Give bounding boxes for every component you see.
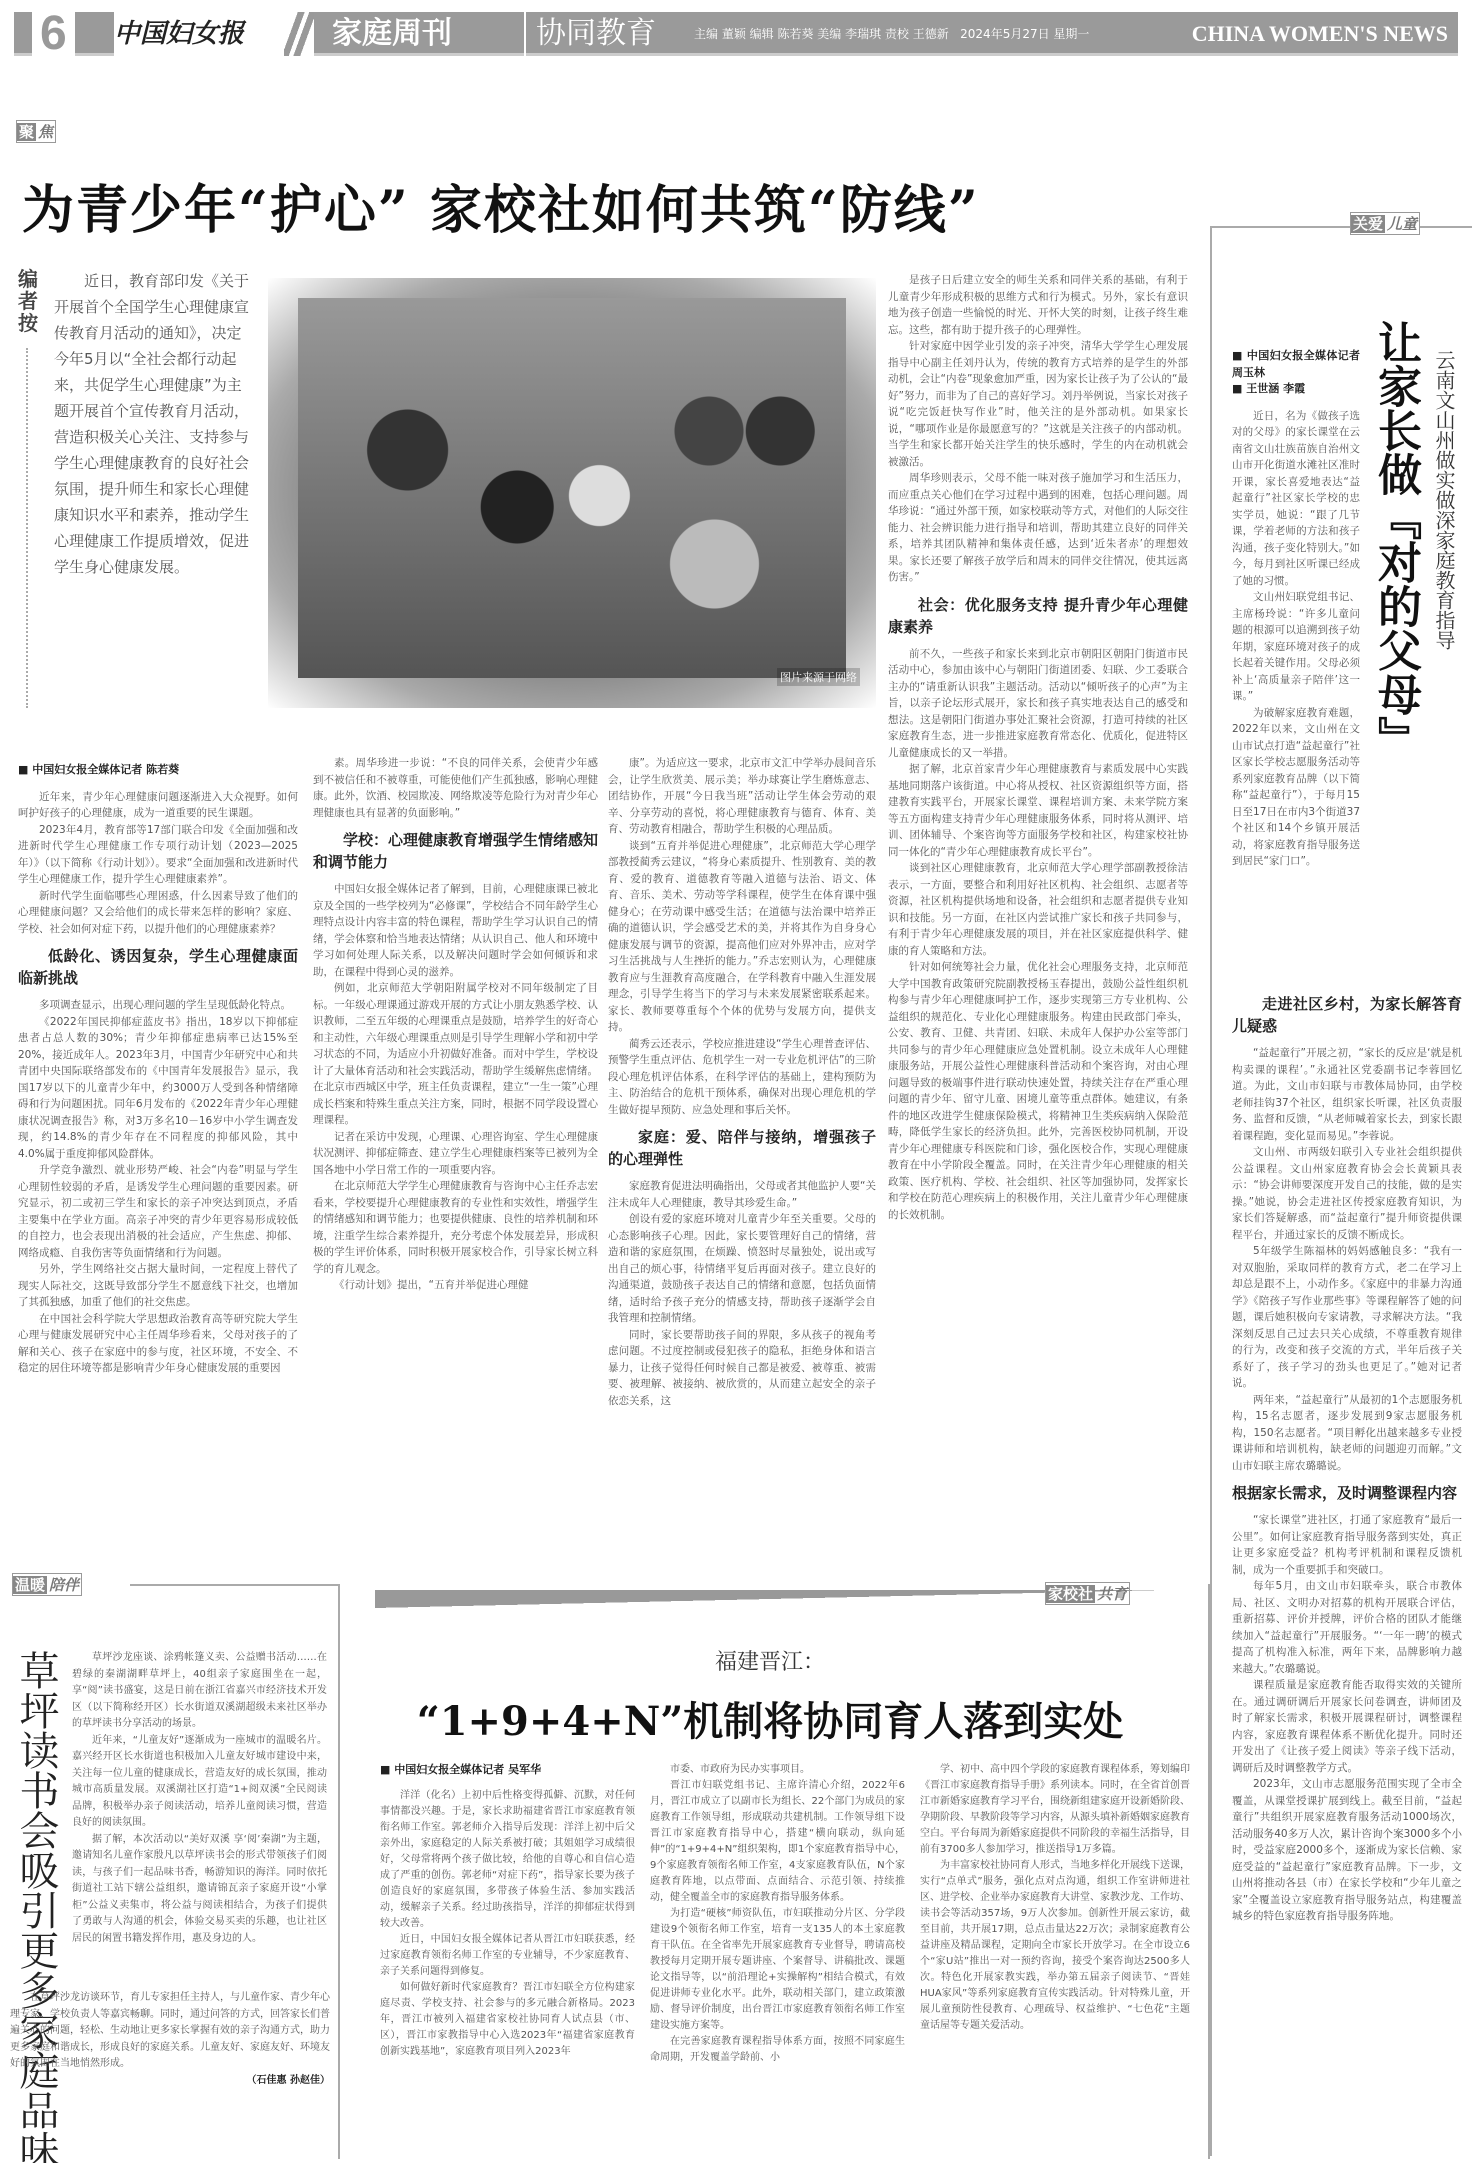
section-divider bbox=[130, 1584, 340, 1586]
paragraph: 家庭教育促进法明确指出，父母或者其他监护人要“关注未成年人心理健康，教导其珍爱生… bbox=[608, 1178, 876, 1211]
paragraph: 据了解，北京首家青少年心理健康教育与素质发展中心实践基地同期落户该街道。中心将从… bbox=[888, 761, 1188, 860]
bottom-main-column-1: 中国妇女报全媒体记者 吴军华 洋洋（化名）上初中后性格变得孤僻、沉默，对任何事情… bbox=[380, 1762, 635, 2162]
subheading-community: 走进社区乡村，为家长解答育儿疑惑 bbox=[1232, 993, 1462, 1037]
subheading-school: 学校：心理健康教育增强学生情绪感知和调节能力 bbox=[313, 829, 598, 873]
main-column-2: 素。周华珍进一步说：“不良的同伴关系，会使青少年感到不被信任和不被尊重，可能使他… bbox=[313, 755, 598, 1580]
english-paper-name: CHINA WOMEN'S NEWS bbox=[1192, 12, 1448, 56]
paragraph: 近日，名为《做孩子选对的父母》的家长课堂在云南省文山壮族苗族自治州文山市开化街道… bbox=[1232, 408, 1360, 590]
subheading-challenge: 低龄化、诱因复杂，学生心理健康面临新挑战 bbox=[18, 945, 298, 989]
staff-credits: 主编 董颖 编辑 陈若葵 美编 李瑞琪 责校 王德新 2024年5月27日 星期… bbox=[694, 12, 1089, 56]
vertical-divider bbox=[1208, 1584, 1210, 2159]
paragraph: 康”。为适应这一要求，北京市文汇中学举办晨间音乐会，让学生欣赏美、展示美；举办球… bbox=[608, 755, 876, 838]
column-tag-focus: 聚焦 bbox=[16, 120, 56, 143]
sidebar-headline: 让家长做『对的父母』 bbox=[1370, 320, 1420, 760]
sidebar-kicker: 云南文山州做实做深家庭教育指导 bbox=[1430, 350, 1459, 650]
photo-credit: 图片来源于网络 bbox=[777, 668, 860, 686]
decorative-slashes-icon bbox=[284, 12, 314, 56]
paragraph: “益起童行”开展之初，“家长的反应是‘就是机构卖课的课程’。”永通社区党委副书记… bbox=[1232, 1045, 1462, 1144]
bottom-left-column: 草坪沙龙座谈、涂鸦帐篷义卖、公益赠书活动……在碧绿的秦湖湖畔草坪上，40组亲子家… bbox=[72, 1650, 327, 1990]
editor-note-text: 近日，教育部印发《关于开展首个全国学生心理健康宣传教育月活动的通知》，决定今年5… bbox=[54, 268, 250, 580]
paragraph: 针对家庭中因学业引发的亲子冲突，清华大学学生心理发展指导中心副主任刘丹认为，传统… bbox=[888, 338, 1188, 470]
byline: 中国妇女报全媒体记者 吴军华 bbox=[380, 1762, 635, 1778]
paragraph: 2023年，文山市志愿服务范围实现了全市全覆盖，从课堂授课扩展到线上。截至目前，… bbox=[1232, 1776, 1462, 1925]
section-title: 家庭周刊 bbox=[332, 12, 452, 56]
bottom-kicker: 福建晋江： bbox=[375, 1645, 1165, 1676]
tag-part-b: 共育 bbox=[1095, 1585, 1129, 1603]
paragraph: 学、初中、高中四个学段的家庭教育课程体系，筹划编印《晋江市家庭教育指导手册》系列… bbox=[920, 1762, 1190, 1858]
paragraph: 例如，北京师范大学朝阳附属学校对不同年级制定了目标。一年级心理课通过游戏开展的方… bbox=[313, 980, 598, 1129]
paragraph: 是孩子日后建立安全的师生关系和同伴关系的基础，有利于儿童青少年形成积极的思维方式… bbox=[888, 272, 1188, 338]
paragraph: 每年5月，由文山市妇联牵头，联合市教体局、社区、文明办对招募的机构开展联合评估，… bbox=[1232, 1578, 1462, 1677]
tag-part-a: 聚 bbox=[17, 123, 36, 141]
main-column-3: 康”。为适应这一要求，北京市文汇中学举办晨间音乐会，让学生欣赏美、展示美；举办球… bbox=[608, 755, 876, 1580]
paragraph: 谈到社区心理健康教育，北京师范大学心理学部副教授徐洁表示，一方面，要整合和利用好… bbox=[888, 860, 1188, 959]
paragraph: 中国妇女报全媒体记者了解到，目前，心理健康课已被北京及全国的一些学校列为“必修课… bbox=[313, 881, 598, 980]
bottom-left-column-wide: 在草坪沙龙访谈环节，育儿专家担任主持人，与儿童作家、青少年心理专家、学校负责人等… bbox=[10, 1990, 330, 2160]
paragraph: 在北京师范大学学生心理健康教育与咨询中心主任乔志宏看来，学校要提升心理健康教育的… bbox=[313, 1178, 598, 1277]
editor-note-label: 编者按 bbox=[18, 268, 40, 334]
paragraph: 晋江市妇联党组书记、主席许清心介绍，2022年6月，晋江市成立了以副市长为组长、… bbox=[650, 1778, 905, 1906]
tag-part-b: 儿童 bbox=[1385, 215, 1419, 233]
bottom-main-column-3: 学、初中、高中四个学段的家庭教育课程体系，筹划编印《晋江市家庭教育指导手册》系列… bbox=[920, 1762, 1190, 2162]
byline: 中国妇女报全媒体记者 周玉林 bbox=[1232, 348, 1360, 381]
paragraph: 为丰富家校社协同育人形式，当地多样化开展线下送课，实行“点单式”服务，强化点对点… bbox=[920, 1858, 1190, 2034]
vertical-divider bbox=[338, 1584, 340, 2159]
paragraph: 5年级学生陈福林的妈妈感触良多：“我有一对双胞胎，采取同样的教育方式，老二在学习… bbox=[1232, 1243, 1462, 1392]
paragraph: 文山州妇联党组书记、主席杨玲说：“许多儿童问题的根源可以追溯到孩子幼年期，家庭环… bbox=[1232, 589, 1360, 705]
paragraph: 草坪沙龙座谈、涂鸦帐篷义卖、公益赠书活动……在碧绿的秦湖湖畔草坪上，40组亲子家… bbox=[72, 1650, 327, 1733]
paragraph: 在中国社会科学院大学思想政治教育高等研究院大学生心理与健康发展研究中心主任周华珍… bbox=[18, 1311, 298, 1377]
paragraph: 如何做好新时代家庭教育？晋江市妇联全方位构建家庭尽责、学校支持、社会参与的多元融… bbox=[380, 1980, 635, 2060]
paragraph: 在完善家庭教育课程指导体系方面，按照不同家庭生命周期，开发覆盖学龄前、小 bbox=[650, 2034, 905, 2066]
sidebar-column-narrow: 中国妇女报全媒体记者 周玉林 王世涵 李霞 近日，名为《做孩子选对的父母》的家长… bbox=[1232, 348, 1360, 908]
tag-part-a: 温暖 bbox=[13, 1576, 47, 1594]
column-tag-care-children: 关爱儿童 bbox=[1350, 212, 1420, 235]
paragraph: 多项调查显示，出现心理问题的学生呈现低龄化特点。 bbox=[18, 997, 298, 1014]
main-column-1: 中国妇女报全媒体记者 陈若葵 近年来，青少年心理健康问题逐渐进入大众视野。如何呵… bbox=[18, 762, 298, 1582]
paragraph: 《2022年国民抑郁症蓝皮书》指出，18岁以下抑郁症患者占总人数的30%；青少年… bbox=[18, 1014, 298, 1163]
byline: 王世涵 李霞 bbox=[1232, 381, 1360, 398]
paper-logo: 中国妇女报 bbox=[114, 12, 284, 56]
paragraph: 前不久，一些孩子和家长来到北京市朝阳区朝阳门街道市民活动中心，参加由该中心与朝阳… bbox=[888, 646, 1188, 762]
paragraph: 2023年4月，教育部等17部门联合印发《全面加强和改进新时代学生心理健康工作专… bbox=[18, 822, 298, 888]
paragraph: 洋洋（化名）上初中后性格变得孤僻、沉默，对任何事情都没兴趣。于是，家长求助福建省… bbox=[380, 1788, 635, 1932]
paragraph: 在草坪沙龙访谈环节，育儿专家担任主持人，与儿童作家、青少年心理专家、学校负责人等… bbox=[10, 1990, 330, 2073]
byline: 中国妇女报全媒体记者 陈若葵 bbox=[18, 762, 298, 779]
paragraph: 周华珍则表示，父母不能一味对孩子施加学习和生活压力，而应重点关心他们在学习过程中… bbox=[888, 470, 1188, 586]
tag-part-b: 焦 bbox=[36, 123, 55, 141]
paragraph: 为破解家庭教育难题，2022年以来，文山州在文山市试点打造“益起童行”社区家长学… bbox=[1232, 705, 1360, 870]
paragraph: 创设有爱的家庭环境对儿童青少年至关重要。父母的心态影响孩子心理。因此，家长要管理… bbox=[608, 1211, 876, 1327]
subheading-society: 社会：优化服务支持 提升青少年心理健康素养 bbox=[888, 594, 1188, 638]
paragraph: 两年来，“益起童行”从最初的1个志愿服务机构，15名志愿者，逐步发展到9家志愿服… bbox=[1232, 1392, 1462, 1475]
paragraph: 新时代学生面临哪些心理困惑，什么因素导致了他们的心理健康问题？又会给他们的成长带… bbox=[18, 888, 298, 938]
bottom-main-column-2: 市委、市政府为民办实事项目。 晋江市妇联党组书记、主席许清心介绍，2022年6月… bbox=[650, 1762, 905, 2162]
staff-list: 主编 董颖 编辑 陈若葵 美编 李瑞琪 责校 王德新 bbox=[694, 27, 949, 41]
subheading-family: 家庭：爱、陪伴与接纳，增强孩子的心理弹性 bbox=[608, 1126, 876, 1170]
paragraph: 近年来，“儿童友好”逐渐成为一座城市的温暖名片。嘉兴经开区长水街道也积极加入儿童… bbox=[72, 1733, 327, 1832]
tag-part-a: 家校社 bbox=[1046, 1585, 1095, 1603]
subheading-adjust-courses: 根据家长需求，及时调整课程内容 bbox=[1232, 1482, 1462, 1504]
students-outdoor-photo bbox=[298, 298, 846, 678]
paragraph: 据了解，本次活动以“美好双溪 享‘阅’秦湖”为主题，邀请知名儿童作家殷凡以草坪读… bbox=[72, 1832, 327, 1948]
paragraph: 课程质量是家庭教育能否取得实效的关键所在。通过调研调后开展家长问卷调查，讲师团及… bbox=[1232, 1677, 1462, 1776]
article-photo: 图片来源于网络 bbox=[268, 278, 876, 708]
paragraph: 素。周华珍进一步说：“不良的同伴关系，会使青少年感到不被信任和不被尊重，可能使他… bbox=[313, 755, 598, 821]
paragraph: 近日，中国妇女报全媒体记者从晋江市妇联获悉，经过家庭教育领衔名师工作室的专业辅导… bbox=[380, 1932, 635, 1980]
main-column-4: 是孩子日后建立安全的师生关系和同伴关系的基础，有利于儿童青少年形成积极的思维方式… bbox=[888, 272, 1188, 1582]
paragraph: “家长课堂”进社区，打通了家庭教育“最后一公里”。如何让家庭教育指导服务落到实处… bbox=[1232, 1512, 1462, 1578]
sidebar-column-wide: 走进社区乡村，为家长解答育儿疑惑 “益起童行”开展之初，“家长的反应是‘就是机构… bbox=[1232, 985, 1462, 2155]
page-number: 6 bbox=[32, 10, 75, 58]
paragraph: 针对如何统筹社会力量，优化社会心理服务支持，北京师范大学中国教育政策研究院副教授… bbox=[888, 959, 1188, 1223]
paragraph: 近年来，青少年心理健康问题逐渐进入大众视野。如何呵护好孩子的心理健康，成为一道重… bbox=[18, 789, 298, 822]
tag-part-a: 关爱 bbox=[1351, 215, 1385, 233]
main-headline: 为青少年“护心” 家校社如何共筑“防线” bbox=[22, 168, 980, 243]
paragraph: 文山州、市两级妇联引入专业社会组织提供公益课程。文山州家庭教育协会会长黄颖具表示… bbox=[1232, 1144, 1462, 1243]
paragraph: 升学竞争激烈、就业形势严峻、社会“内卷”明显与学生心理韧性较弱的矛盾，是诱发学生… bbox=[18, 1162, 298, 1261]
subsection-title: 协同教育 bbox=[524, 12, 656, 56]
paragraph: 蔺秀云还表示，学校应推进建设“学生心理普查评估、预警学生重点评估、危机学生一对一… bbox=[608, 1036, 876, 1119]
tag-part-b: 陪伴 bbox=[47, 1576, 81, 1594]
paragraph: 市委、市政府为民办实事项目。 bbox=[650, 1762, 905, 1778]
paragraph: 记者在采访中发现，心理课、心理咨询室、学生心理健康状况测评、抑郁症筛查、建立学生… bbox=[313, 1129, 598, 1179]
masthead: 6 中国妇女报 家庭周刊 协同教育 主编 董颖 编辑 陈若葵 美编 李瑞琪 责校… bbox=[14, 12, 1458, 56]
issue-date: 2024年5月27日 星期一 bbox=[960, 27, 1089, 41]
column-tag-warm-companion: 温暖陪伴 bbox=[12, 1573, 82, 1596]
dotted-divider bbox=[26, 348, 28, 708]
article-signature: （石佳惠 孙赵佳） bbox=[10, 2073, 330, 2090]
bottom-headline: “1+9+4+N”机制将协同育人落到实处 bbox=[375, 1690, 1165, 1747]
paragraph: 为打造“硬核”师资队伍，市妇联推动分片区、分学段建设9个领衔名师工作室，培育一支… bbox=[650, 1906, 905, 2034]
paragraph: 另外，学生网络社交占据大量时间，一定程度上替代了现实人际社交，这既导致部分学生不… bbox=[18, 1261, 298, 1311]
column-tag-home-school-society: 家校社共育 bbox=[1045, 1582, 1130, 1605]
paragraph: 同时，家长要帮助孩子间的界限，多从孩子的视角考虑问题。不过度控制或侵犯孩子的隐私… bbox=[608, 1327, 876, 1410]
bottom-left-headline: 草坪读书会吸引更多家庭品味书香 bbox=[14, 1650, 58, 2010]
paragraph: 谈到“五育并举促进心理健康”，北京师范大学心理学部教授蔺秀云建议，“将身心素质提… bbox=[608, 838, 876, 1036]
paragraph: 《行动计划》提出，“五育并举促进心理健 bbox=[313, 1277, 598, 1294]
